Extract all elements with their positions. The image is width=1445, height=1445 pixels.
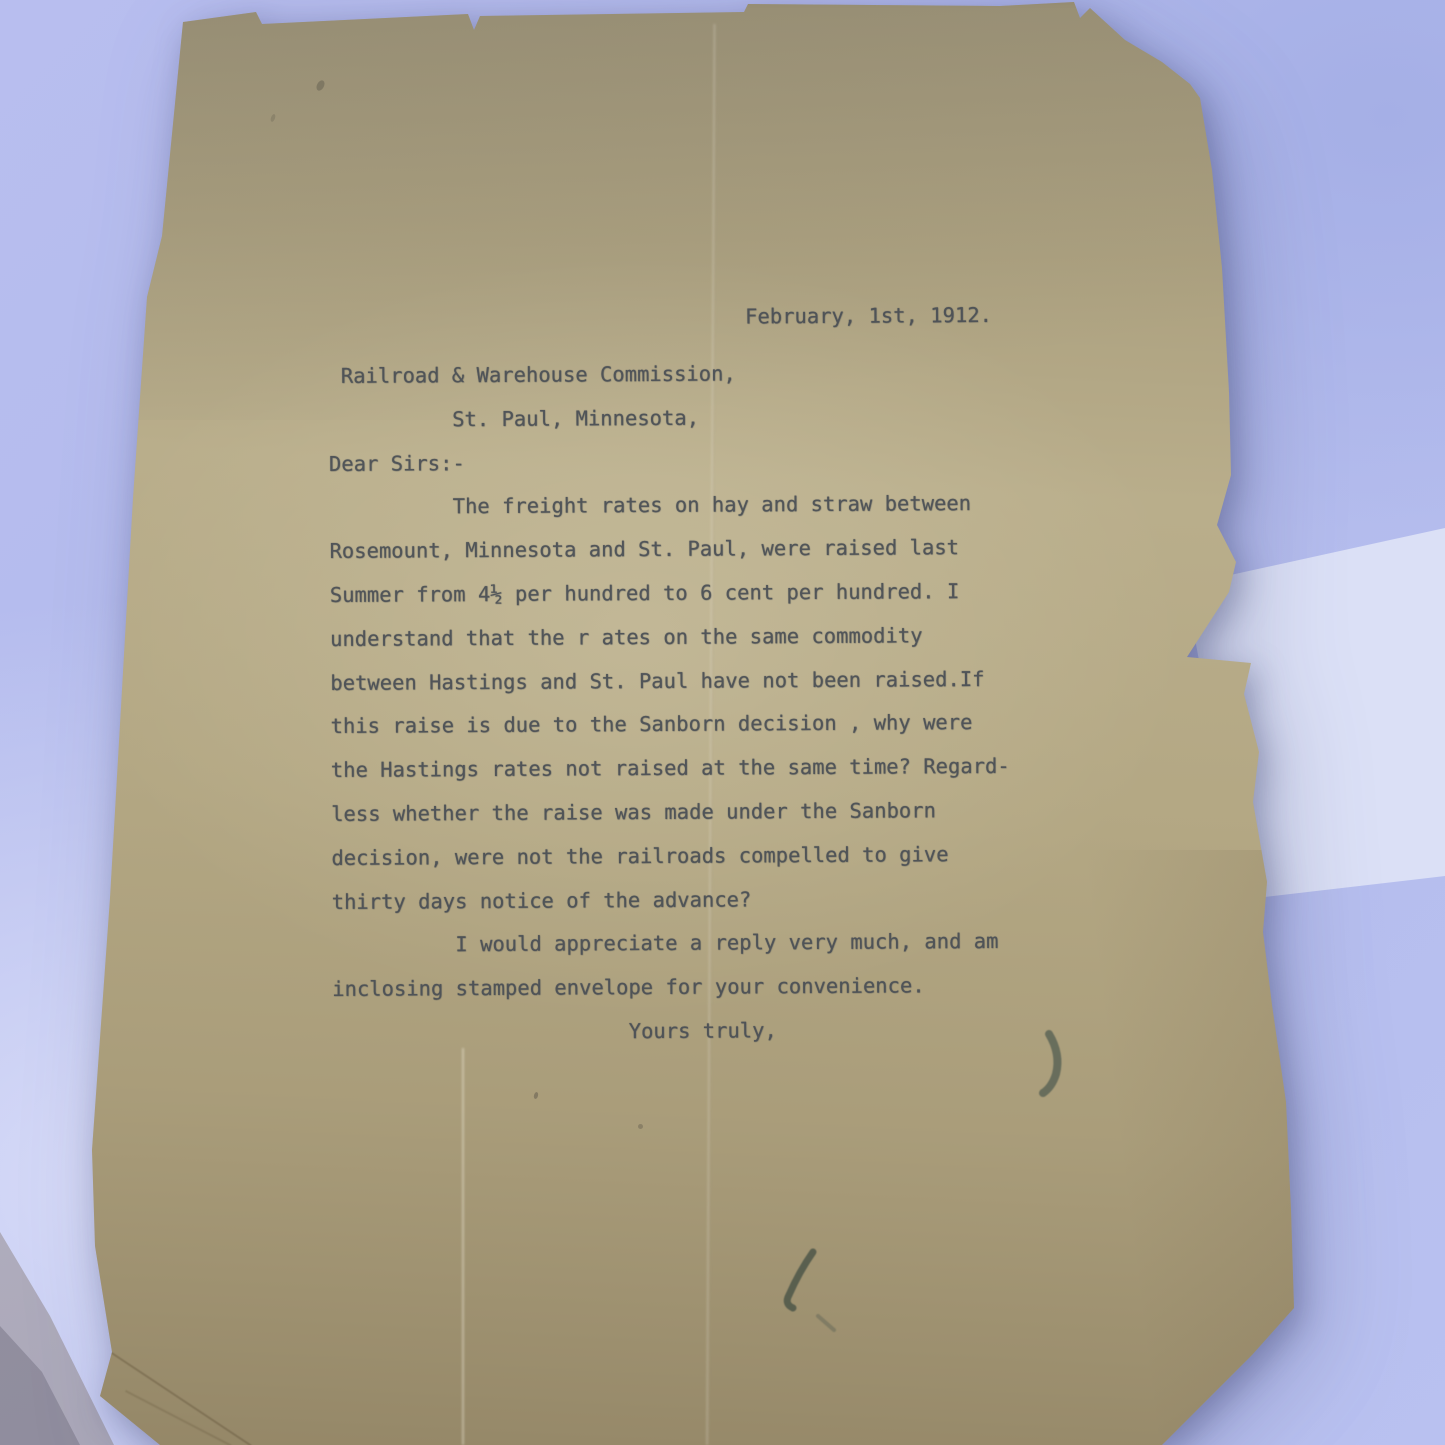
- green-pen-mark-right: [1043, 1034, 1057, 1093]
- pen-marks: [0, 0, 1445, 1445]
- green-pen-mark-bottom-tail: [818, 1316, 834, 1330]
- letter-paper: February, 1st, 1912. Railroad & Warehous…: [0, 0, 1445, 1445]
- photo-background: February, 1st, 1912. Railroad & Warehous…: [0, 0, 1445, 1445]
- letter-paper-wrapper: February, 1st, 1912. Railroad & Warehous…: [0, 0, 1445, 1445]
- horizontal-crease: [0, 0, 1445, 4]
- green-pen-mark-bottom: [787, 1252, 813, 1308]
